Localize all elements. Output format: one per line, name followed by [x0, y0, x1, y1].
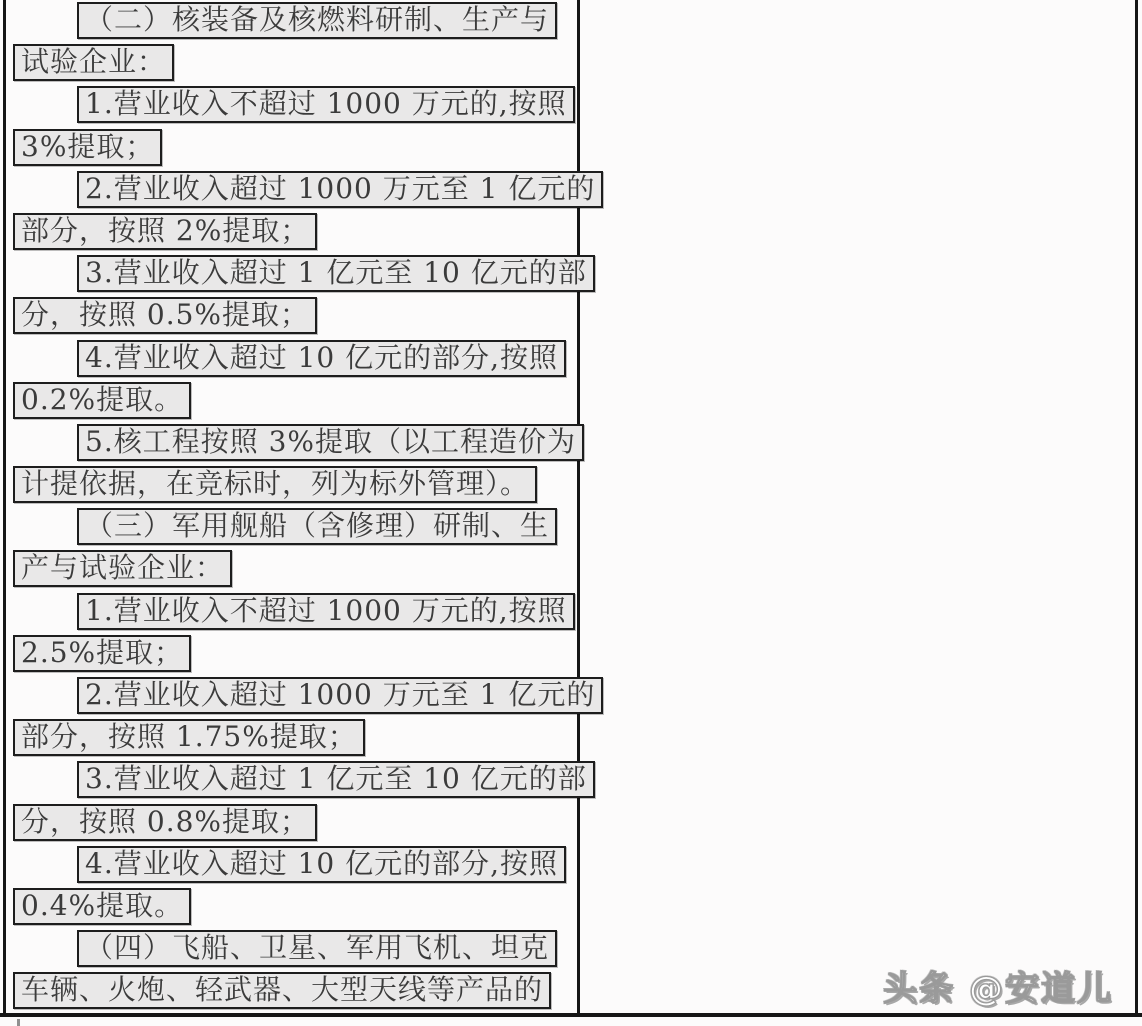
text-line-row: 0.4%提取。	[13, 888, 575, 926]
highlighted-text-line: 3.营业收入超过 1 亿元至 10 亿元的部	[77, 761, 595, 798]
text-line-row: 0.2%提取。	[13, 382, 575, 420]
text-line-row: 部分，按照 1.75%提取；	[13, 719, 575, 757]
highlighted-text-line: 分，按照 0.8%提取；	[13, 804, 317, 841]
text-line-row: （四）飞船、卫星、军用飞机、坦克	[77, 930, 575, 968]
highlighted-text-line: （三）军用舰船（含修理）研制、生	[77, 508, 557, 545]
highlighted-text-line: 试验企业：	[13, 44, 174, 81]
text-line-row: 4.营业收入超过 10 亿元的部分,按照	[77, 340, 575, 378]
toutiao-watermark: 头条 @安道儿	[883, 961, 1113, 1010]
text-line-row: 2.5%提取；	[13, 635, 575, 673]
text-line-row: 部分，按照 2%提取；	[13, 213, 575, 251]
highlighted-text-line: 0.4%提取。	[13, 888, 191, 925]
highlighted-text-line: 分，按照 0.5%提取；	[13, 297, 317, 334]
text-line-row: 计提依据，在竞标时，列为标外管理）。	[13, 466, 575, 504]
text-line-row: 5.核工程按照 3%提取（以工程造价为	[77, 424, 575, 462]
highlighted-text-line: 3%提取；	[13, 129, 162, 166]
text-line-row: 3.营业收入超过 1 亿元至 10 亿元的部	[77, 761, 575, 799]
text-line-row: 2.营业收入超过 1000 万元至 1 亿元的	[77, 171, 575, 209]
next-row-border-tick	[17, 1019, 20, 1026]
highlighted-text-line: 部分，按照 1.75%提取；	[13, 719, 365, 756]
text-line-row: （三）军用舰船（含修理）研制、生	[77, 508, 575, 546]
highlighted-text-line: 1.营业收入不超过 1000 万元的,按照	[77, 86, 575, 123]
text-line-row: 分，按照 0.8%提取；	[13, 804, 575, 842]
text-line-row: 1.营业收入不超过 1000 万元的,按照	[77, 593, 575, 631]
highlighted-text-line: 4.营业收入超过 10 亿元的部分,按照	[77, 846, 566, 883]
text-line-row: 试验企业：	[13, 44, 575, 82]
highlighted-text-line: 产与试验企业：	[13, 550, 232, 587]
highlighted-text-line: 1.营业收入不超过 1000 万元的,按照	[77, 593, 575, 630]
highlighted-text-line: （二）核装备及核燃料研制、生产与	[77, 2, 557, 39]
highlighted-text-line: 2.营业收入超过 1000 万元至 1 亿元的	[77, 171, 603, 208]
text-line-row: 1.营业收入不超过 1000 万元的,按照	[77, 86, 575, 124]
highlighted-text-line: 5.核工程按照 3%提取（以工程造价为	[77, 424, 584, 461]
scanned-document-page: （二）核装备及核燃料研制、生产与 试验企业： 1.营业收入不超过 1000 万元…	[0, 0, 1142, 1026]
highlighted-text-line: 车辆、火炮、轻武器、大型天线等产品的	[13, 972, 551, 1009]
highlighted-text-line: 2.5%提取；	[13, 635, 191, 672]
highlighted-text-line: 部分，按照 2%提取；	[13, 213, 317, 250]
text-line-row: 产与试验企业：	[13, 550, 575, 588]
highlighted-text-line: 2.营业收入超过 1000 万元至 1 亿元的	[77, 677, 603, 714]
text-line-row: （二）核装备及核燃料研制、生产与	[77, 2, 575, 40]
text-line-row: 3.营业收入超过 1 亿元至 10 亿元的部	[77, 255, 575, 293]
text-line-row: 2.营业收入超过 1000 万元至 1 亿元的	[77, 677, 575, 715]
highlighted-text-line: 3.营业收入超过 1 亿元至 10 亿元的部	[77, 255, 595, 292]
highlighted-text-line: 计提依据，在竞标时，列为标外管理）。	[13, 466, 537, 503]
text-line-row: 3%提取；	[13, 129, 575, 167]
highlighted-text-line: 4.营业收入超过 10 亿元的部分,按照	[77, 340, 566, 377]
table-column-divider	[577, 0, 580, 1013]
text-line-row: 分，按照 0.5%提取；	[13, 297, 575, 335]
highlighted-text-line: 0.2%提取。	[13, 382, 191, 419]
text-line-row: 车辆、火炮、轻武器、大型天线等产品的	[13, 972, 575, 1010]
text-column: （二）核装备及核燃料研制、生产与 试验企业： 1.营业收入不超过 1000 万元…	[6, 2, 575, 1015]
highlighted-text-line: （四）飞船、卫星、军用飞机、坦克	[77, 930, 557, 967]
table-border-right	[1135, 0, 1138, 1013]
text-line-row: 4.营业收入超过 10 亿元的部分,按照	[77, 846, 575, 884]
